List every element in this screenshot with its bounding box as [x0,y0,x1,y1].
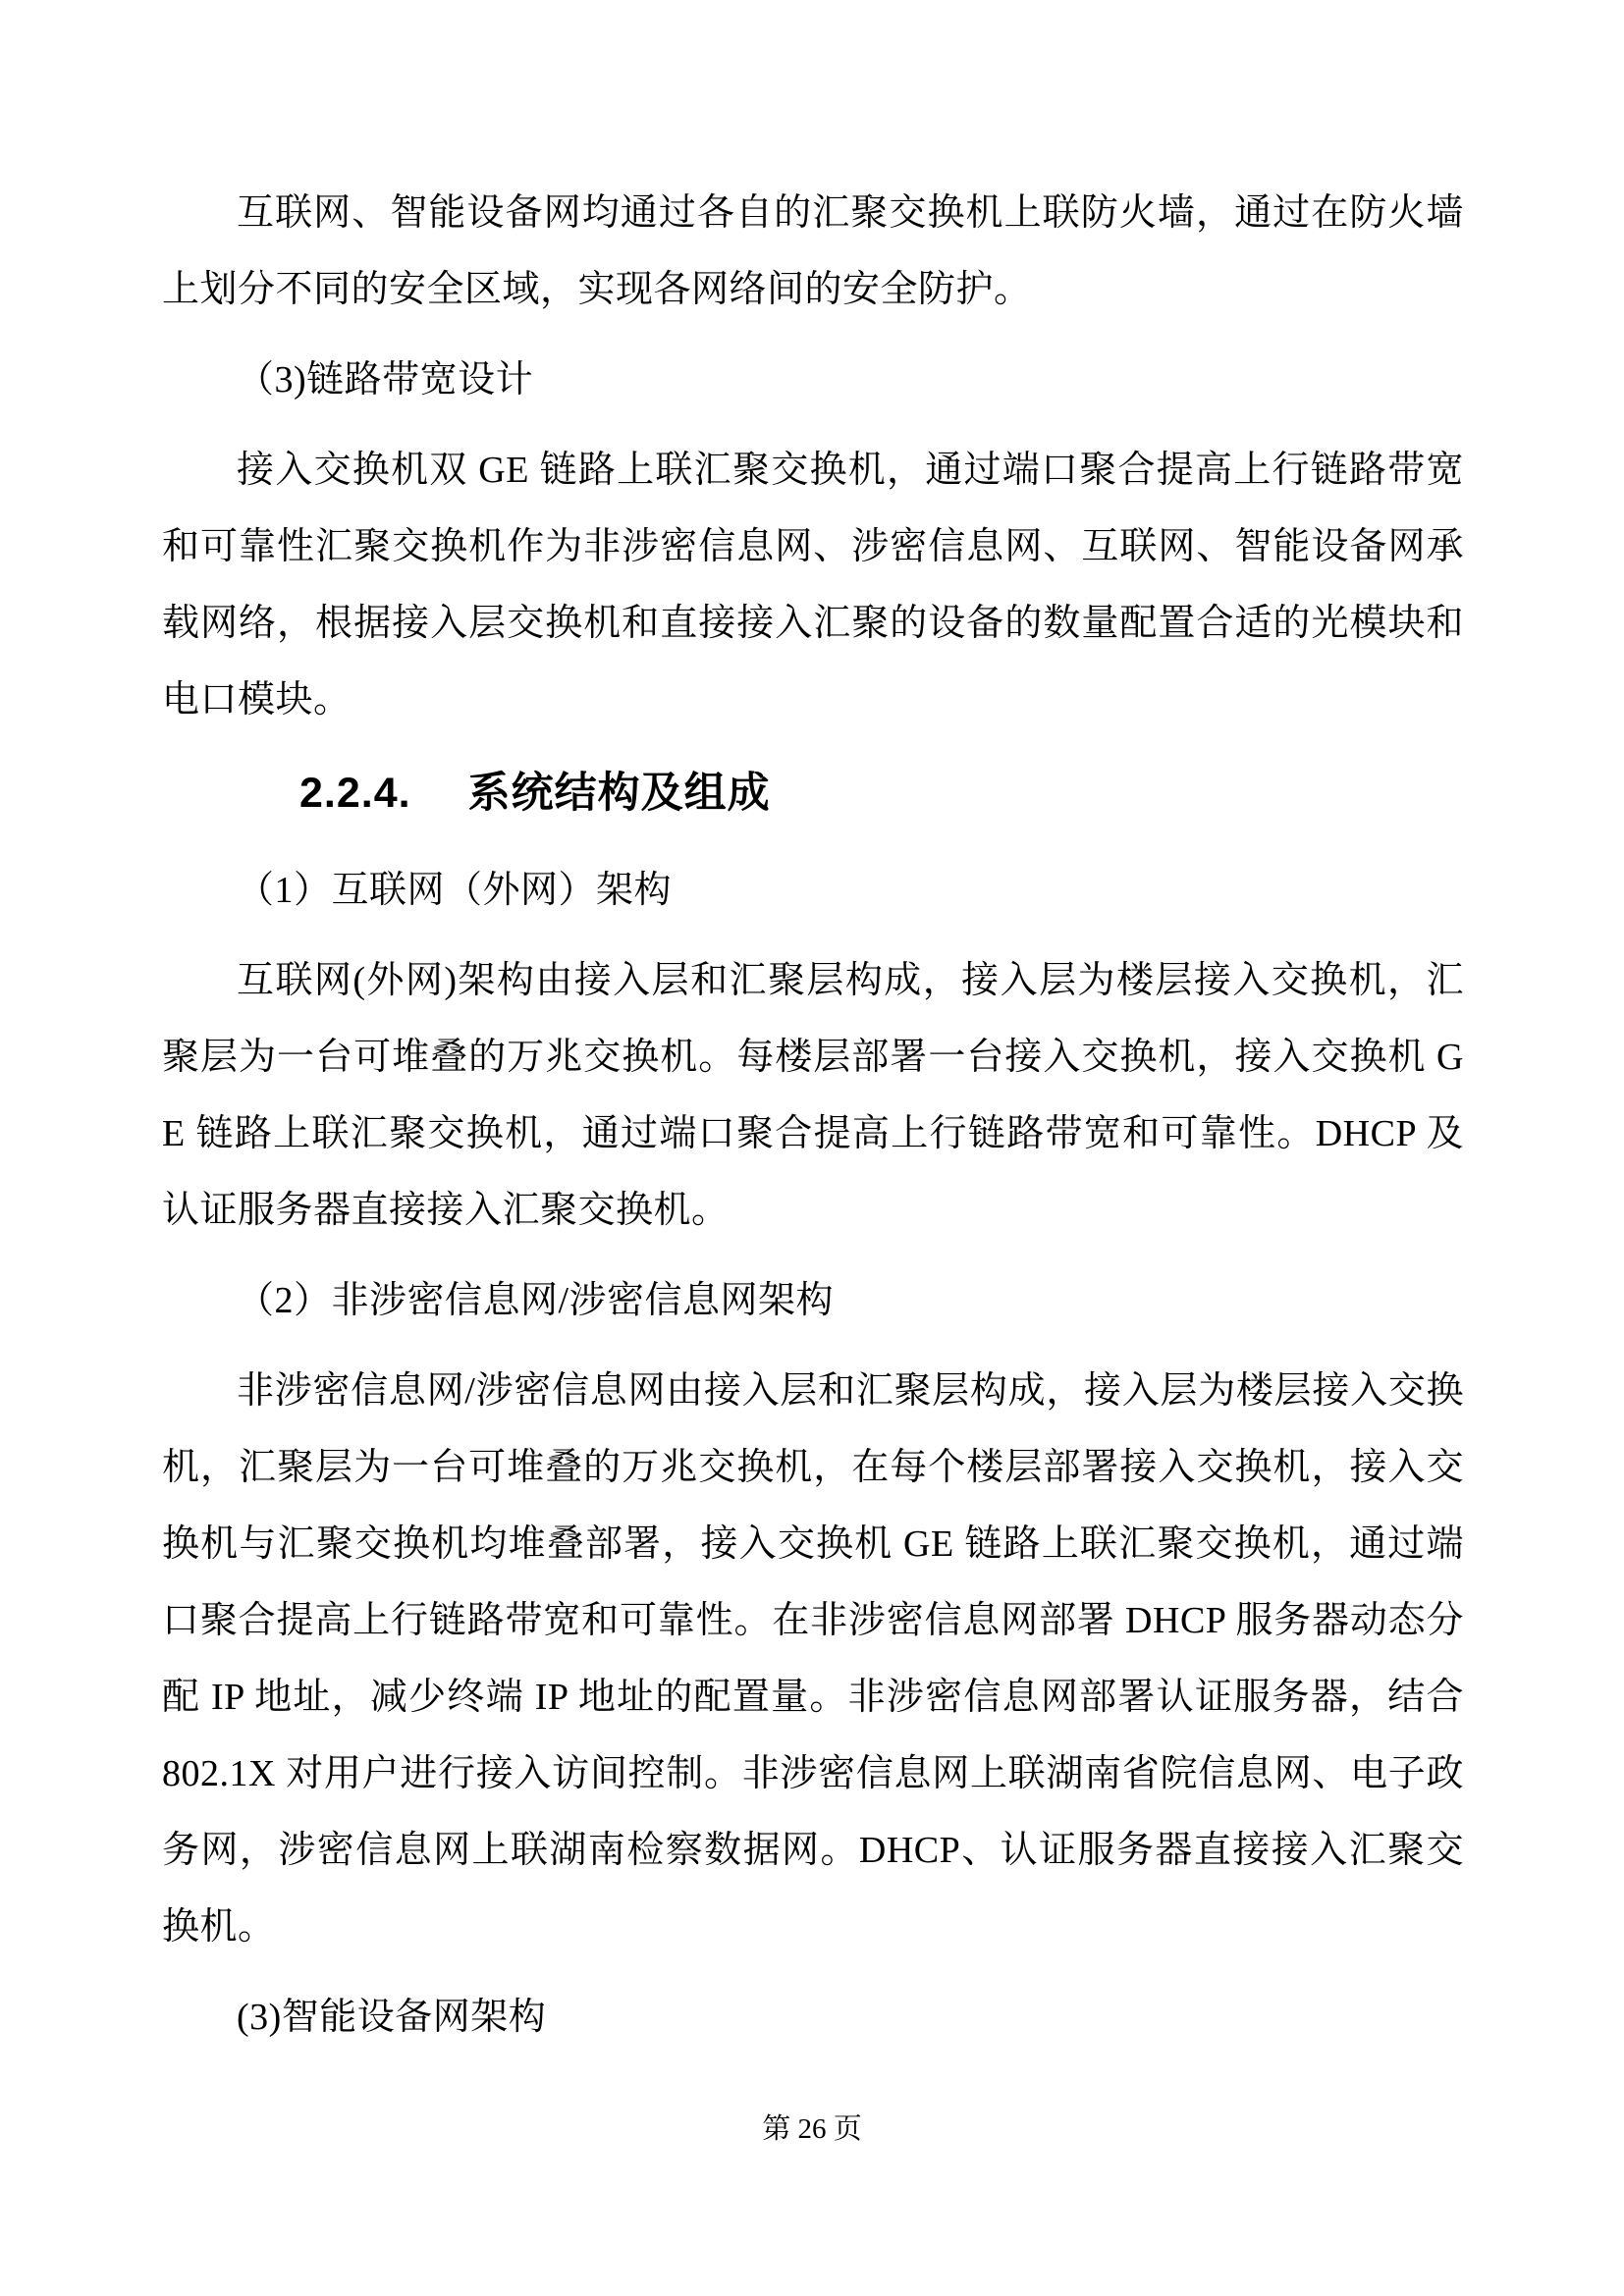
subheading-internet-architecture: （1）互联网（外网）架构 [162,852,1464,929]
section-number: 2.2.4. [299,764,411,823]
subheading-secret-network-architecture: （2）非涉密信息网/涉密信息网架构 [162,1262,1464,1339]
paragraph-internet-architecture: 互联网(外网)架构由接入层和汇聚层构成，接入层为楼层接入交换机，汇聚层为一台可堆… [162,942,1464,1249]
paragraph-bandwidth-design: 接入交换机双 GE 链路上联汇聚交换机，通过端口聚合提高上行链路带宽和可靠性汇聚… [162,432,1464,738]
paragraph-secret-network-architecture: 非涉密信息网/涉密信息网由接入层和汇聚层构成，接入层为楼层接入交换机，汇聚层为一… [162,1353,1464,1965]
paragraph-firewall: 互联网、智能设备网均通过各自的汇聚交换机上联防火墙，通过在防火墙上划分不同的安全… [162,175,1464,328]
subheading-smart-device-network: (3)智能设备网架构 [162,1979,1464,2056]
page-number: 第 26 页 [0,2107,1624,2147]
section-heading: 2.2.4. 系统结构及组成 [299,764,1464,823]
document-page: 互联网、智能设备网均通过各自的汇聚交换机上联防火墙，通过在防火墙上划分不同的安全… [0,0,1624,2296]
section-title: 系统结构及组成 [468,764,771,823]
subheading-link-bandwidth-design: （3)链路带宽设计 [162,342,1464,418]
